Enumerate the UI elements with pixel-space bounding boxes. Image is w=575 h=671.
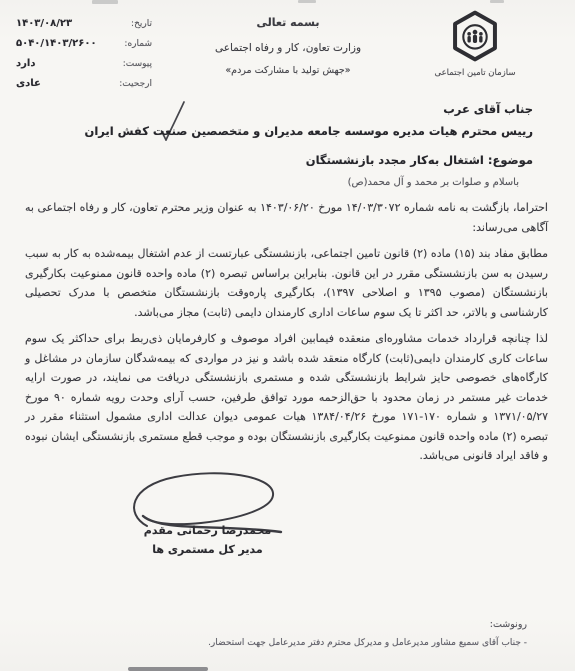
scan-artifact bbox=[92, 0, 118, 4]
letterhead-center: بسمه تعالی وزارت تعاون، کار و رفاه اجتما… bbox=[188, 16, 388, 76]
ministry-name: وزارت تعاون، کار و رفاه اجتماعی bbox=[188, 42, 388, 54]
attachment-value: دارد bbox=[16, 58, 35, 69]
signatory-name: محمدرضا رحمانی مقدم bbox=[100, 524, 315, 537]
body-paragraph-3: لذا چنانچه قرارداد خدمات مشاوره‌ای منعقد… bbox=[25, 329, 548, 466]
org-name: سازمان تامین اجتماعی bbox=[425, 68, 525, 78]
number-value: ۵۰۴۰/۱۴۰۳/۲۶۰۰ bbox=[16, 38, 97, 49]
letter-meta-fields: تاریخ: ۱۴۰۳/۰۸/۲۳ شماره: ۵۰۴۰/۱۴۰۳/۲۶۰۰ … bbox=[16, 18, 152, 98]
bismillah: بسمه تعالی bbox=[188, 16, 388, 29]
scan-artifact-bottom bbox=[128, 667, 208, 671]
number-label: شماره: bbox=[124, 39, 152, 49]
priority-label: ارجحیت: bbox=[119, 79, 152, 89]
date-row: تاریخ: ۱۴۰۳/۰۸/۲۳ bbox=[16, 18, 152, 29]
scan-artifact bbox=[298, 0, 316, 3]
letter-body: احتراما، بازگشت به نامه شماره ۱۴/۰۳/۳۰۷۲… bbox=[25, 198, 548, 473]
slogan: «جهش تولید با مشارکت مردم» bbox=[188, 65, 388, 76]
attachment-row: پیوست: دارد bbox=[16, 58, 152, 69]
priority-value: عادی bbox=[16, 78, 41, 89]
body-paragraph-2: مطابق مفاد بند (۱۵) ماده (۲) قانون تامین… bbox=[25, 244, 548, 322]
scan-artifact bbox=[490, 0, 504, 3]
priority-row: ارجحیت: عادی bbox=[16, 78, 152, 89]
social-security-org-emblem-icon bbox=[449, 10, 501, 62]
cc-item: - جناب آقای سمیع مشاور مدیرعامل و مدیرکل… bbox=[30, 638, 527, 648]
salutation-line: باسلام و صلوات بر محمد و آل محمد(ص) bbox=[348, 177, 519, 188]
cc-label: رونوشت: bbox=[30, 619, 527, 630]
letterhead-logo-block: سازمان تامین اجتماعی bbox=[425, 10, 525, 78]
number-row: شماره: ۵۰۴۰/۱۴۰۳/۲۶۰۰ bbox=[16, 38, 152, 49]
signatory-title: مدیر کل مستمری ها bbox=[100, 543, 315, 556]
recipient-title: رییس محترم هیات مدیره موسسه جامعه مدیران… bbox=[40, 126, 533, 138]
letter-page: سازمان تامین اجتماعی بسمه تعالی وزارت تع… bbox=[0, 0, 575, 671]
subject-line: موضوع: اشتغال به‌کار مجدد بازنشستگان bbox=[306, 153, 533, 167]
signature-block: محمدرضا رحمانی مقدم مدیر کل مستمری ها bbox=[100, 466, 315, 556]
date-label: تاریخ: bbox=[131, 19, 152, 29]
body-paragraph-1: احتراما، بازگشت به نامه شماره ۱۴/۰۳/۳۰۷۲… bbox=[25, 198, 548, 237]
attachment-label: پیوست: bbox=[123, 59, 152, 69]
cc-block: رونوشت: - جناب آقای سمیع مشاور مدیرعامل … bbox=[30, 619, 527, 648]
date-value: ۱۴۰۳/۰۸/۲۳ bbox=[16, 18, 72, 29]
recipient-name: جناب آقای عرب bbox=[40, 104, 533, 116]
recipient-block: جناب آقای عرب رییس محترم هیات مدیره موسس… bbox=[40, 104, 533, 137]
